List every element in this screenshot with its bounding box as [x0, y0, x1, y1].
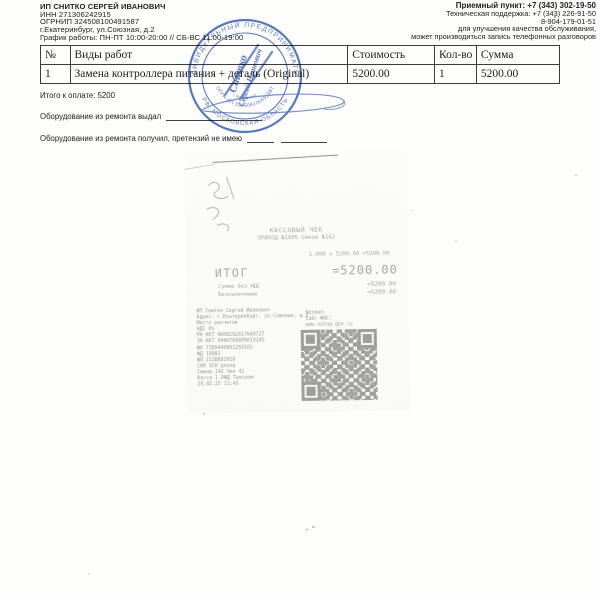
qr-finder-icon — [301, 330, 320, 349]
receipt-fns-site: Безнал: Сайт ФНС: www.nalog.gov.ru — [305, 309, 352, 328]
contact-info-block: Приемный пункт: +7 (343) 302-19-50 Техни… — [411, 2, 596, 41]
col-header-number: № — [41, 46, 71, 65]
total-due-line: Итого к оплате: 5200 — [40, 91, 115, 100]
scan-speck — [305, 528, 309, 530]
scan-speck — [554, 16, 556, 18]
qr-code — [301, 329, 378, 401]
handed-out-label: Оборудование из ремонта выдал — [40, 112, 161, 121]
receipt-total-value: =5200.00 — [332, 263, 398, 278]
scan-speck — [410, 210, 413, 211]
stamp-ring-top-text: ИНДИВИДУАЛЬНЫЙ ПРЕДПРИНИМАТЕЛЬ — [158, 0, 299, 76]
company-stamp: ИНДИВИДУАЛЬНЫЙ ПРЕДПРИНИМАТЕЛЬ РФ, МОСКО… — [158, 0, 408, 148]
scan-speck — [455, 240, 457, 242]
receipt-fold-edge — [212, 155, 338, 164]
qr-finder-icon — [301, 382, 320, 401]
stamp-rings — [189, 20, 301, 132]
pen-signature — [202, 45, 345, 113]
site-line: www.nalog.gov.ru — [306, 321, 353, 328]
receipt-novat-value: =5200.00 — [367, 281, 396, 288]
fiscal-line: 20.02.25 11:45 — [197, 380, 309, 388]
receipt-item-line: 1.000 x 5200.00 =5200.00 — [230, 251, 390, 259]
col-header-sum: Сумма — [476, 46, 559, 65]
scan-speck — [575, 174, 577, 176]
recording-notice-2: может производиться запись телефонных ра… — [411, 33, 596, 41]
receipt-cashless-value: =5200.00 — [367, 289, 396, 296]
cell-number: 1 — [41, 65, 71, 84]
receipt-novat-label: Сумма без НДС — [218, 284, 260, 291]
receipt-total-label: ИТОГ — [215, 266, 249, 280]
qr-finder-icon — [358, 329, 377, 348]
receipt-fiscal-details: ИП Снитко Сергей Иванович Адрес: г.Екате… — [196, 307, 309, 388]
scan-speck — [88, 573, 90, 575]
cell-quantity: 1 — [435, 65, 477, 84]
col-header-quantity: Кол-во — [435, 46, 477, 65]
thermal-receipt-scan: КАССОВЫЙ ЧЕК ПРИХОД №1005 Смена №142 1.0… — [184, 148, 410, 413]
receipt-cashless-label: Безналичными — [218, 292, 257, 299]
scanned-invoice-page: ИП СНИТКО СЕРГЕЙ ИВАНОВИЧ ИНН 2713062429… — [0, 0, 600, 600]
scan-speck — [312, 526, 315, 528]
cell-sum: 5200.00 — [476, 65, 559, 84]
